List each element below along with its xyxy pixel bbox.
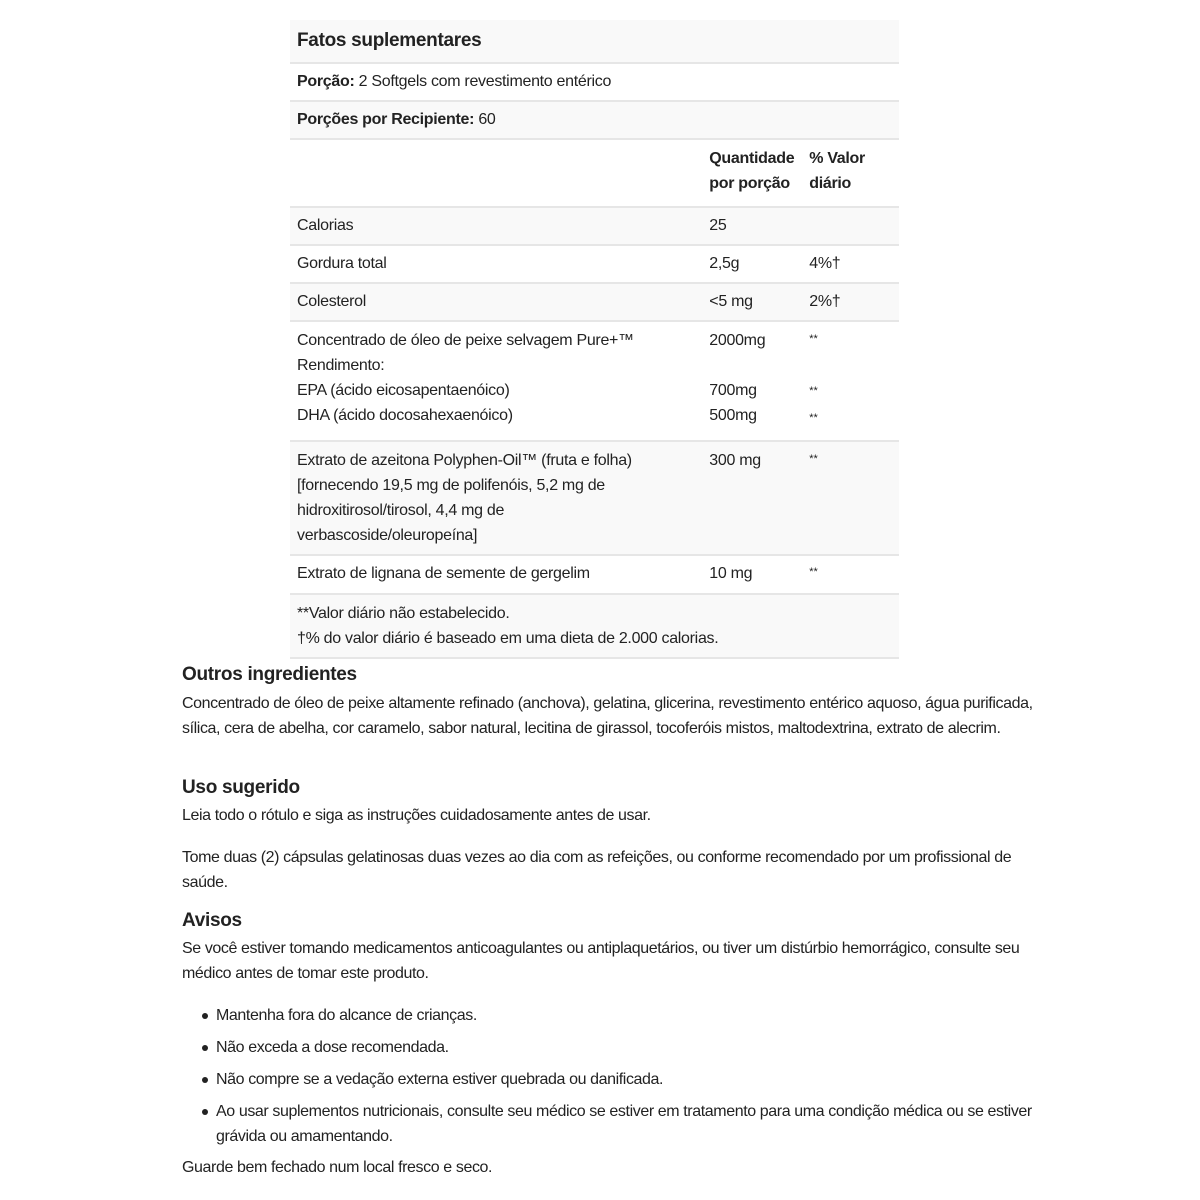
suggested-use-instruction-2: Tome duas (2) cápsulas gelatinosas duas … — [182, 845, 1042, 895]
nutrient-name: Calorias — [290, 207, 702, 245]
nutrient-amount: 25 — [702, 207, 802, 245]
nutrient-amount: 300 mg — [702, 441, 802, 555]
nutrient-row: Extrato de lignana de semente de gergeli… — [290, 555, 899, 594]
suggested-use-heading: Uso sugerido — [182, 777, 300, 799]
nutrient-row: Gordura total2,5g4%† — [290, 245, 899, 283]
nutrient-daily-value: 4%† — [802, 245, 899, 283]
footnotes: **Valor diário não estabelecido.†% do va… — [290, 594, 899, 658]
daily-value-header: % Valordiário — [802, 139, 899, 207]
nutrient-name: Extrato de lignana de semente de gergeli… — [290, 555, 702, 594]
storage-text: Guarde bem fechado num local fresco e se… — [182, 1155, 1042, 1180]
servings-per-container-row: Porções por Recipiente: 60 — [290, 101, 899, 139]
facts-title-row: Fatos suplementares — [290, 20, 899, 63]
serving-size-label: Porção: — [297, 73, 354, 90]
servings-per-container-label: Porções por Recipiente: — [297, 111, 474, 128]
nutrient-amount: 2000mg 700mg500mg — [702, 321, 802, 441]
nutrient-daily-value: ** — [802, 441, 899, 555]
nutrient-amount: 2,5g — [702, 245, 802, 283]
warning-list-item: Não exceda a dose recomendada. — [182, 1035, 1042, 1060]
bullet-icon — [202, 1109, 208, 1115]
warning-list-item: Mantenha fora do alcance de crianças. — [182, 1003, 1042, 1028]
nutrient-row: Colesterol<5 mg2%† — [290, 283, 899, 321]
supplement-facts-table: Fatos suplementares Porção: 2 Softgels c… — [290, 20, 899, 659]
column-header-row: Quantidadepor porção % Valordiário — [290, 139, 899, 207]
nutrient-daily-value: 2%† — [802, 283, 899, 321]
nutrient-name: Concentrado de óleo de peixe selvagem Pu… — [290, 321, 702, 441]
other-ingredients-heading: Outros ingredientes — [182, 664, 357, 686]
serving-size-value: 2 Softgels com revestimento entérico — [359, 73, 611, 90]
warning-list-item: Ao usar suplementos nutricionais, consul… — [182, 1099, 1042, 1149]
bullet-icon — [202, 1045, 208, 1051]
nutrient-daily-value: ** **** — [802, 321, 899, 441]
other-ingredients-text: Concentrado de óleo de peixe altamente r… — [182, 691, 1042, 741]
serving-size-row: Porção: 2 Softgels com revestimento enté… — [290, 63, 899, 101]
bullet-icon — [202, 1077, 208, 1083]
warnings-text: Se você estiver tomando medicamentos ant… — [182, 936, 1042, 986]
nutrient-name: Gordura total — [290, 245, 702, 283]
nutrient-daily-value — [802, 207, 899, 245]
warnings-heading: Avisos — [182, 910, 242, 932]
warnings-list: Mantenha fora do alcance de crianças.Não… — [182, 1003, 1042, 1156]
footnote-row: **Valor diário não estabelecido.†% do va… — [290, 594, 899, 658]
nutrient-amount: <5 mg — [702, 283, 802, 321]
nutrient-row: Calorias25 — [290, 207, 899, 245]
nutrient-name: Extrato de azeitona Polyphen-Oil™ (fruta… — [290, 441, 702, 555]
nutrient-daily-value: ** — [802, 555, 899, 594]
bullet-icon — [202, 1013, 208, 1019]
warning-list-item: Não compre se a vedação externa estiver … — [182, 1067, 1042, 1092]
amount-per-serving-header: Quantidadepor porção — [702, 139, 802, 207]
nutrient-row: Concentrado de óleo de peixe selvagem Pu… — [290, 321, 899, 441]
suggested-use-instruction-1: Leia todo o rótulo e siga as instruções … — [182, 803, 1042, 828]
nutrient-row: Extrato de azeitona Polyphen-Oil™ (fruta… — [290, 441, 899, 555]
servings-per-container-value: 60 — [478, 111, 495, 128]
nutrient-amount: 10 mg — [702, 555, 802, 594]
facts-title: Fatos suplementares — [290, 20, 899, 63]
nutrient-name: Colesterol — [290, 283, 702, 321]
